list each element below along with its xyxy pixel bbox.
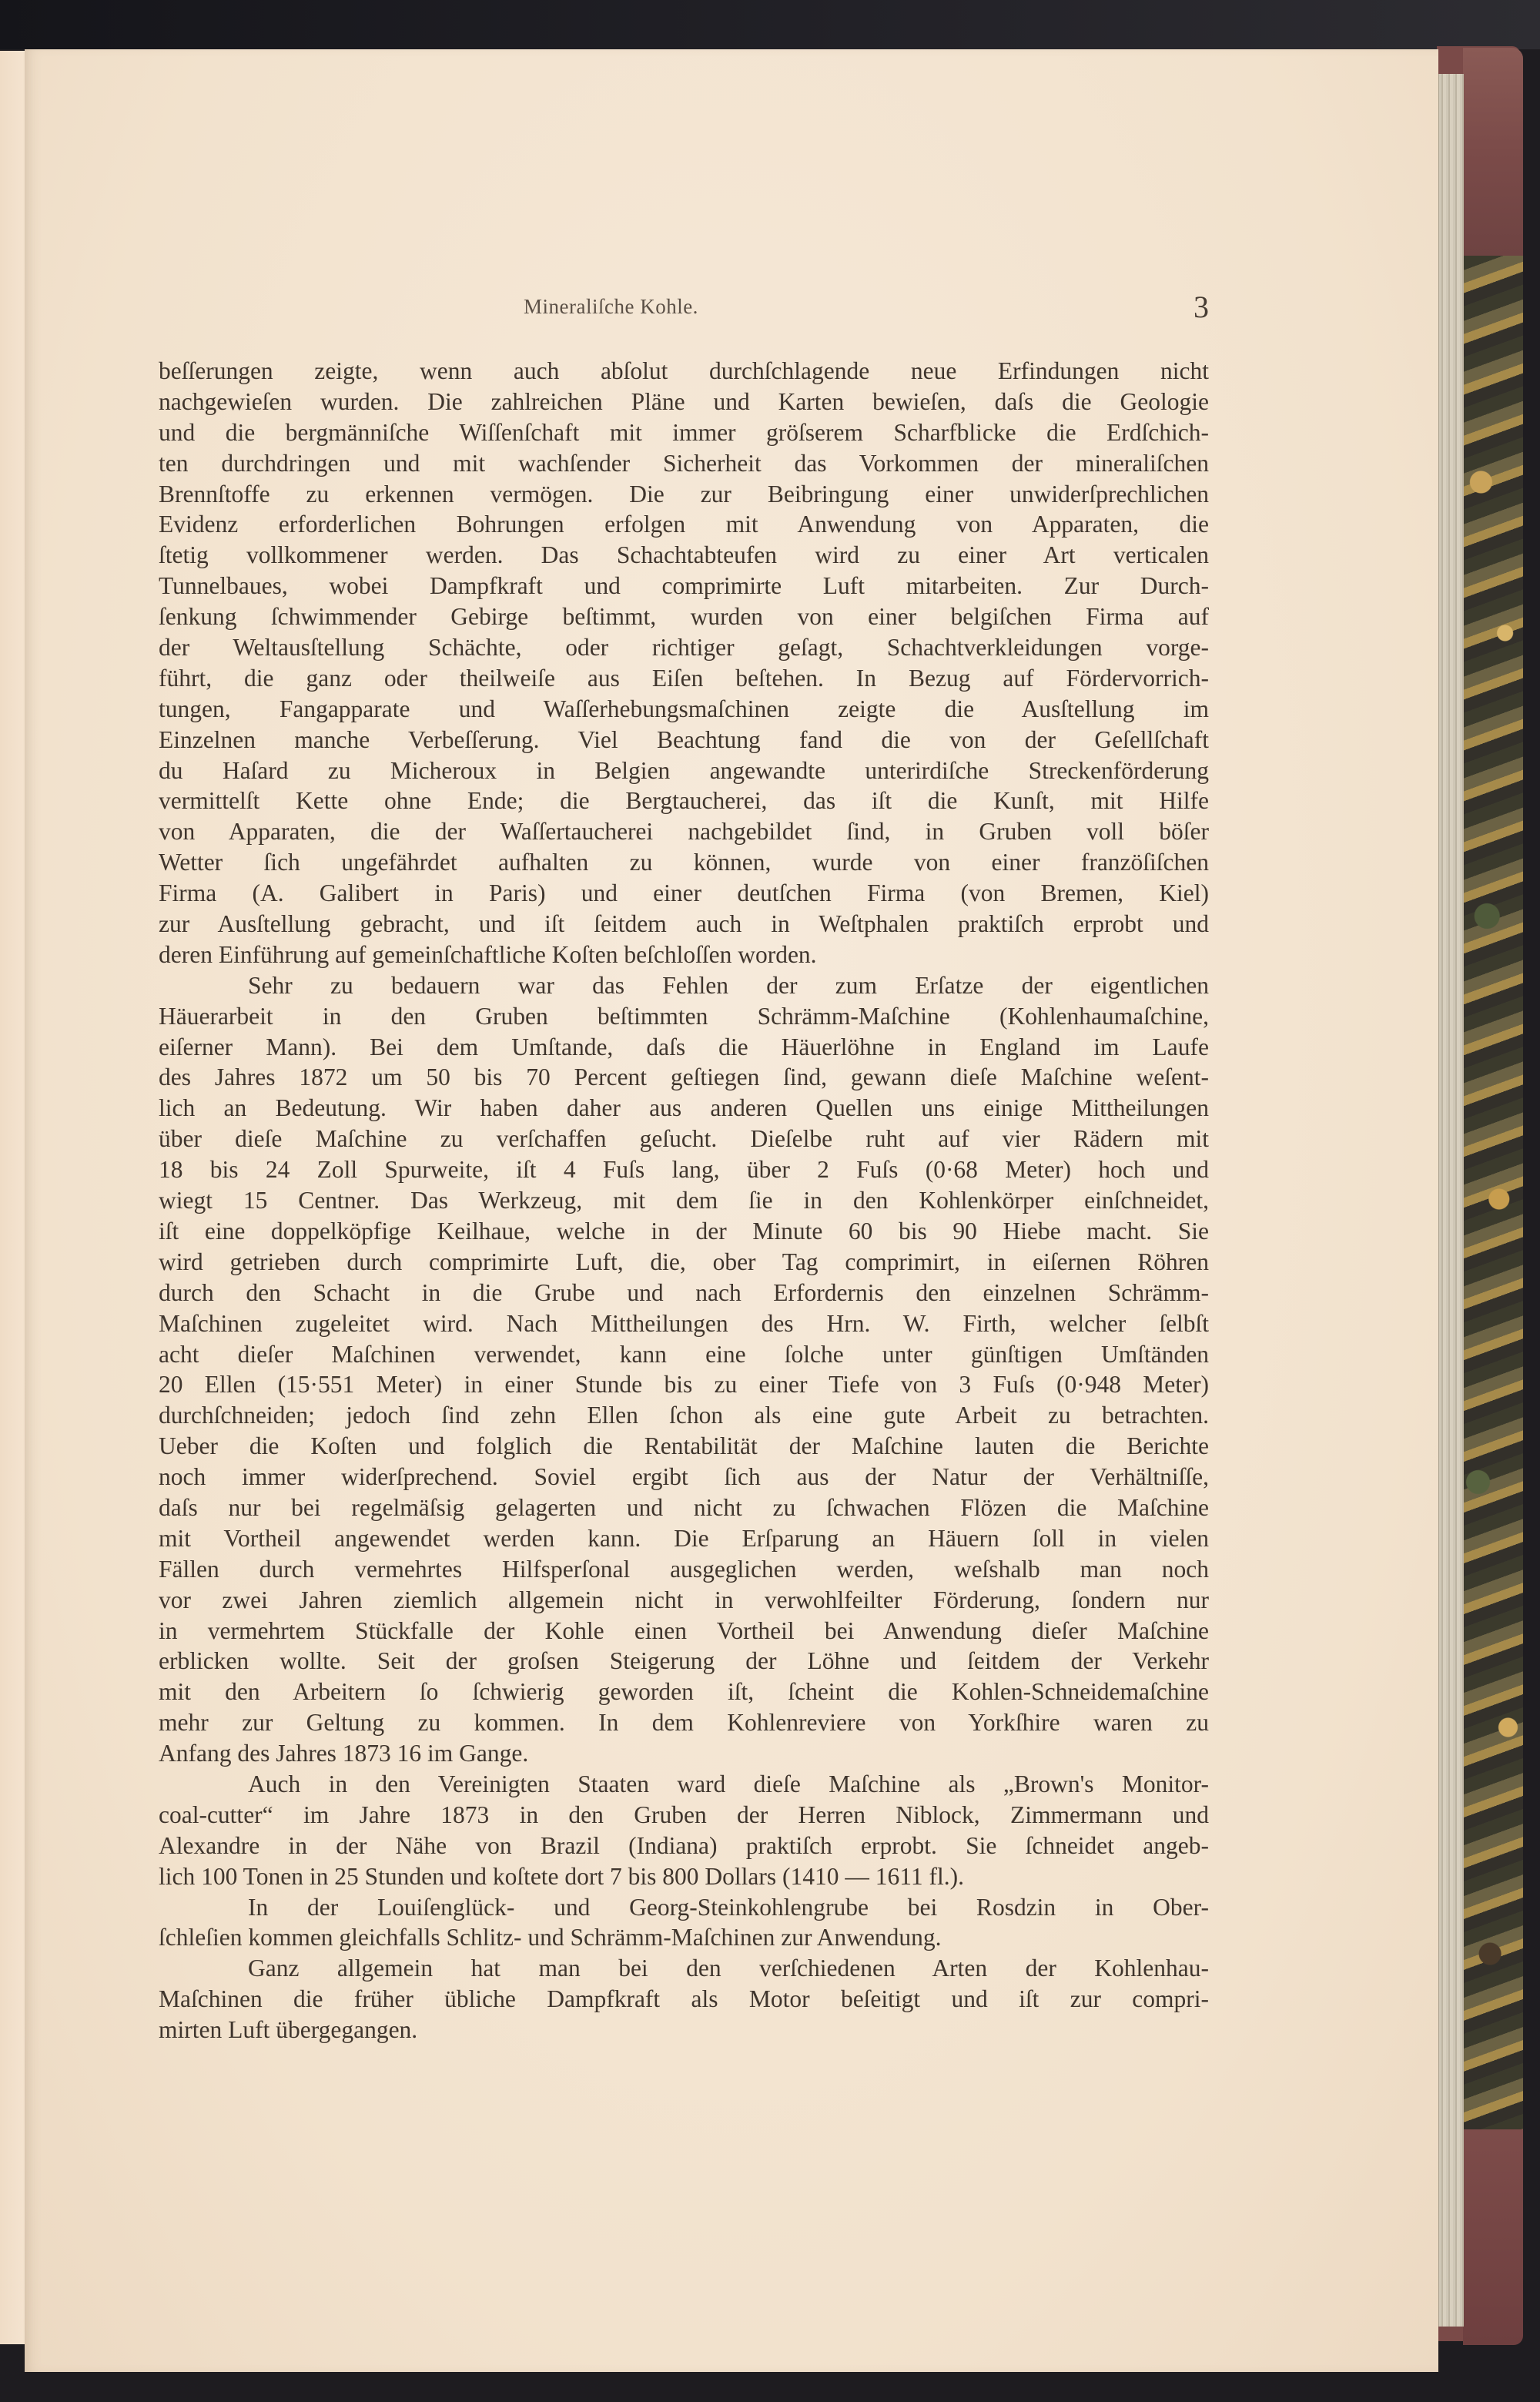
leather-corner-top [1463, 48, 1523, 256]
text-line: lich 100 Tonen in 25 Stunden und koſtete… [159, 1861, 1209, 1892]
text-line: zur Ausſtellung gebracht, und iſt ſeitde… [159, 909, 1209, 940]
text-line: durchſchneiden; jedoch ſind zehn Ellen ſ… [159, 1400, 1209, 1431]
text-line: 18 bis 24 Zoll Spurweite, iſt 4 Fuſs lan… [159, 1154, 1209, 1185]
paragraph-start-line: In der Louiſenglück- und Georg-Steinkohl… [159, 1892, 1209, 1923]
text-line: tungen, Fangapparate und Waſſerhebungsma… [159, 694, 1209, 725]
page-stack-edges [1438, 74, 1464, 2327]
text-line: Tunnelbaues, wobei Dampfkraft und compri… [159, 571, 1209, 601]
text-line: du Haſard zu Micheroux in Belgien angewa… [159, 755, 1209, 786]
paragraph-start-line: Ganz allgemein hat man bei den verſchied… [159, 1953, 1209, 1984]
text-line: durch den Schacht in die Grube und nach … [159, 1278, 1209, 1308]
text-line: mit Vortheil angewendet werden kann. Die… [159, 1523, 1209, 1554]
text-line: Anfang des Jahres 1873 16 im Gange. [159, 1738, 1209, 1769]
text-line: Häuerarbeit in den Gruben beſtimmten Sch… [159, 1001, 1209, 1032]
text-line: acht dieſer Maſchinen verwendet, kann ei… [159, 1339, 1209, 1370]
text-line: in vermehrtem Stückfalle der Kohle einen… [159, 1616, 1209, 1647]
text-line: von Apparaten, die der Waſſertaucherei n… [159, 816, 1209, 847]
text-line: ten durchdringen und mit wachſender Sich… [159, 448, 1209, 479]
text-line: Maſchinen zugeleitet wird. Nach Mittheil… [159, 1308, 1209, 1339]
text-line: Einzelnen manche Verbeſſerung. Viel Beac… [159, 725, 1209, 755]
text-line: Ueber die Koſten und folglich die Rentab… [159, 1431, 1209, 1462]
text-line: erblicken wollte. Seit der groſsen Steig… [159, 1646, 1209, 1677]
text-line: wiegt 15 Centner. Das Werkzeug, mit dem … [159, 1185, 1209, 1216]
text-line: Fällen durch vermehrtes Hilfsperſonal au… [159, 1554, 1209, 1585]
running-title: Mineraliſche Kohle. [524, 295, 698, 319]
text-line: führt, die ganz oder theilweiſe aus Eiſe… [159, 663, 1209, 694]
leather-corner-bottom [1463, 2129, 1523, 2345]
text-line: ſtetig vollkommener werden. Das Schachta… [159, 540, 1209, 571]
text-line: lich an Bedeutung. Wir haben daher aus a… [159, 1093, 1209, 1124]
text-line: vermittelſt Kette ohne Ende; die Bergtau… [159, 786, 1209, 816]
text-line: daſs nur bei regelmäſsig gelagerten und … [159, 1492, 1209, 1523]
page-number: 3 [1193, 289, 1209, 325]
text-line: coal-cutter“ im Jahre 1873 in den Gruben… [159, 1800, 1209, 1831]
text-line: der Weltausſtellung Schächte, oder richt… [159, 632, 1209, 663]
text-line: über dieſe Maſchine zu verſchaffen geſuc… [159, 1124, 1209, 1154]
dark-backdrop [0, 0, 1540, 49]
text-line: eiſerner Mann). Bei dem Umſtande, daſs d… [159, 1032, 1209, 1063]
text-line: Evidenz erforderlichen Bohrungen erfolge… [159, 509, 1209, 540]
text-line: vor zwei Jahren ziemlich allgemein nicht… [159, 1585, 1209, 1616]
marbled-cover [1463, 256, 1523, 2142]
text-line: des Jahres 1872 um 50 bis 70 Percent geſ… [159, 1062, 1209, 1093]
text-line: Wetter ſich ungefährdet aufhalten zu kön… [159, 847, 1209, 878]
text-line: noch immer widerſprechend. Soviel ergibt… [159, 1462, 1209, 1492]
text-line: mirten Luft übergegangen. [159, 2015, 1209, 2045]
text-line: beſſerungen zeigte, wenn auch abſolut du… [159, 356, 1209, 387]
text-line: 20 Ellen (15·551 Meter) in einer Stunde … [159, 1369, 1209, 1400]
text-line: wird getrieben durch comprimirte Luft, d… [159, 1247, 1209, 1278]
text-line: Alexandre in der Nähe von Brazil (Indian… [159, 1831, 1209, 1861]
text-line: mehr zur Geltung zu kommen. In dem Kohle… [159, 1707, 1209, 1738]
text-line: mit den Arbeitern ſo ſchwierig geworden … [159, 1677, 1209, 1707]
text-line: ſchleſien kommen gleichfalls Schlitz- un… [159, 1922, 1209, 1953]
text-line: Firma (A. Galibert in Paris) und einer d… [159, 878, 1209, 909]
text-line: ſenkung ſchwimmender Gebirge beſtimmt, w… [159, 601, 1209, 632]
body-text: beſſerungen zeigte, wenn auch abſolut du… [159, 356, 1209, 2045]
text-line: nachgewieſen wurden. Die zahlreichen Plä… [159, 387, 1209, 417]
text-line: Maſchinen die früher übliche Dampfkraft … [159, 1984, 1209, 2015]
text-line: Brennſtoffe zu erkennen vermögen. Die zu… [159, 479, 1209, 510]
text-line: iſt eine doppelköpfige Keilhaue, welche … [159, 1216, 1209, 1247]
paragraph-start-line: Auch in den Vereinigten Staaten ward die… [159, 1769, 1209, 1800]
text-line: und die bergmänniſche Wiſſenſchaft mit i… [159, 417, 1209, 448]
running-head: Mineraliſche Kohle. 3 [524, 289, 1209, 327]
paragraph-start-line: Sehr zu bedauern war das Fehlen der zum … [159, 970, 1209, 1001]
text-line: deren Einführung auf gemeinſchaftliche K… [159, 940, 1209, 970]
